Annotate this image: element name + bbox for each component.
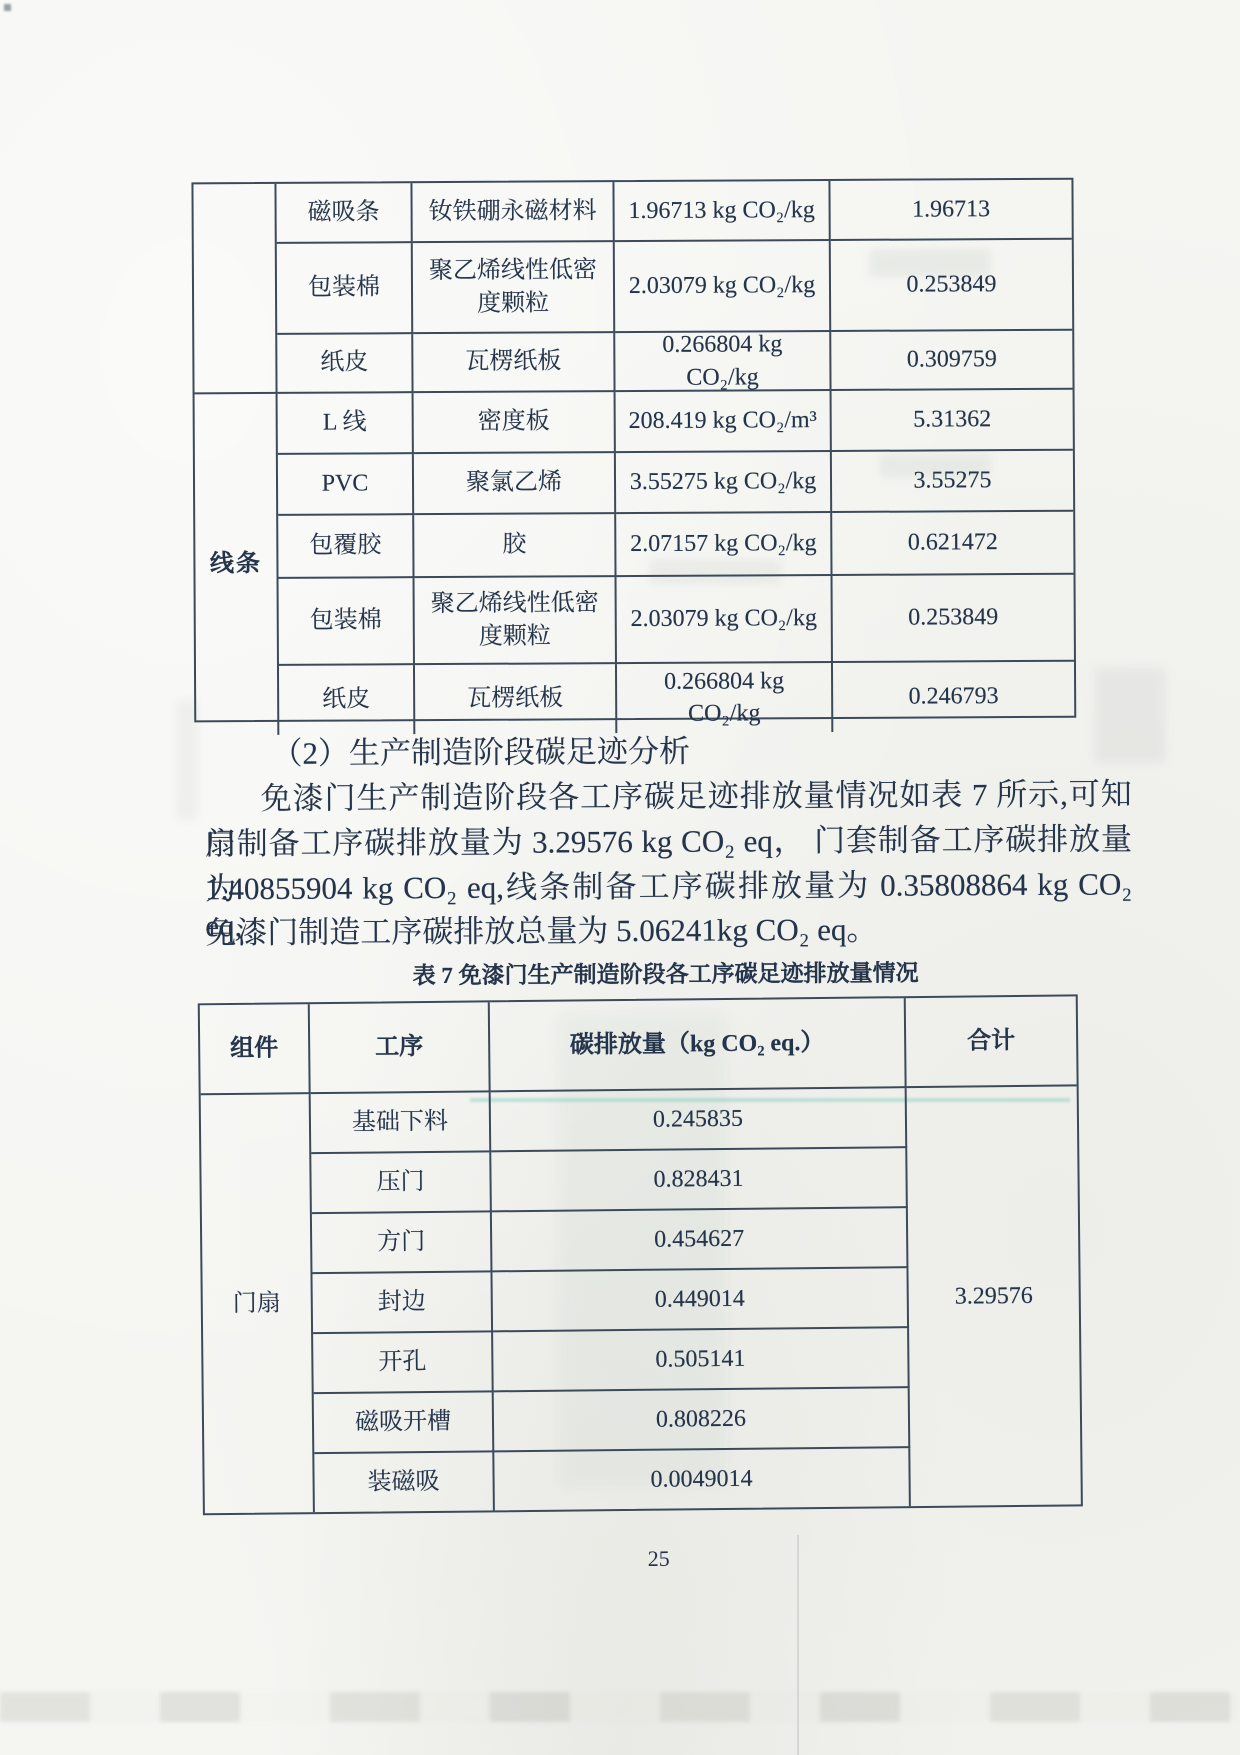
value-cell: 0.309759	[831, 331, 1072, 391]
section-heading: （2）生产制造阶段碳足迹分析	[271, 724, 971, 773]
table7-caption: 表 7 免漆门生产制造阶段各工序碳足迹排放量情况	[196, 953, 1136, 991]
process-cell: 方门	[312, 1212, 493, 1274]
value-cell: 0.808226	[494, 1388, 911, 1452]
value-cell: 0.828431	[491, 1148, 908, 1212]
value-cell: 0.253849	[833, 575, 1074, 663]
emission-factor-cell: 3.55275 kg CO₂/kg	[616, 452, 832, 514]
material-cell: 聚乙烯线性低密度颗粒	[413, 242, 615, 334]
emission-factor-cell: 208.419 kg CO₂/m³	[616, 391, 832, 453]
component-cell: L 线	[278, 393, 414, 455]
value-cell: 0.246793	[833, 662, 1074, 732]
value-cell: 5.31362	[832, 390, 1073, 452]
process-cell: 基础下料	[311, 1092, 492, 1154]
material-cell: 聚氯乙烯	[414, 453, 616, 515]
header-cell-emission: 碳排放量（kg CO₂ eq.）	[490, 998, 907, 1092]
component-cell: 包覆胶	[278, 515, 414, 579]
component-cell: 包装棉	[277, 243, 413, 335]
process-cell: 磁吸开槽	[314, 1392, 495, 1454]
material-cell: 瓦楞纸板	[413, 333, 615, 393]
material-cell: 瓦楞纸板	[415, 664, 617, 734]
paragraph-line: 免漆门制造工序碳排放总量为 5.06241kg CO₂ eq。	[205, 902, 1132, 952]
material-cell: 钕铁硼永磁材料	[412, 182, 614, 243]
emission-factor-cell: 0.266804 kg CO₂/kg	[617, 663, 833, 733]
process-cell: 封边	[312, 1272, 493, 1334]
component-cell: PVC	[278, 454, 414, 516]
page-number: 25	[199, 1544, 1119, 1575]
value-cell: 0.454627	[492, 1208, 909, 1272]
material-cell: 聚乙烯线性低密度颗粒	[415, 577, 617, 665]
process-cell: 压门	[311, 1152, 492, 1214]
process-cell: 装磁吸	[314, 1452, 495, 1512]
emission-factor-cell: 0.266804 kg CO₂/kg	[615, 332, 831, 392]
value-cell: 0.253849	[831, 240, 1072, 332]
value-cell: 3.55275	[832, 451, 1073, 513]
process-cell: 开孔	[313, 1332, 494, 1394]
emission-factor-cell: 2.07157 kg CO₂/kg	[616, 513, 832, 577]
value-cell: 0.505141	[493, 1328, 910, 1392]
component-cell: 磁吸条	[276, 183, 412, 244]
component-group-cell: 门扇	[201, 1094, 315, 1513]
header-cell-process: 工序	[310, 1002, 491, 1094]
scanned-document-page: 线条 磁吸条 钕铁硼永磁材料 1.96713 kg CO₂/kg 1.96713…	[0, 0, 1240, 1755]
header-cell-component: 组件	[200, 1004, 311, 1095]
group-label-cell: 线条	[195, 394, 280, 735]
emission-factor-cell: 2.03079 kg CO₂/kg	[617, 576, 833, 664]
emission-factor-cell: 2.03079 kg CO₂/kg	[615, 241, 831, 333]
material-cell: 胶	[414, 514, 616, 578]
value-cell: 1.96713	[830, 180, 1071, 241]
group-total-cell: 3.29576	[907, 1086, 1081, 1506]
materials-emission-table: 线条 磁吸条 钕铁硼永磁材料 1.96713 kg CO₂/kg 1.96713…	[191, 178, 1076, 723]
value-cell: 0.449014	[492, 1268, 909, 1332]
material-cell: 密度板	[414, 392, 616, 454]
process-emission-table: 组件 工序 碳排放量（kg CO₂ eq.） 合计 门扇 3.29576 基础下…	[198, 994, 1083, 1515]
value-cell: 0.245835	[491, 1088, 908, 1152]
component-cell: 包装棉	[279, 578, 415, 666]
emission-factor-cell: 1.96713 kg CO₂/kg	[614, 181, 830, 242]
value-cell: 0.621472	[832, 512, 1073, 576]
header-cell-total: 合计	[906, 996, 1077, 1088]
component-cell: 纸皮	[277, 334, 413, 394]
value-cell: 0.0049014	[494, 1448, 911, 1510]
component-cell: 纸皮	[279, 665, 415, 734]
group-label-cell-empty	[193, 184, 277, 394]
